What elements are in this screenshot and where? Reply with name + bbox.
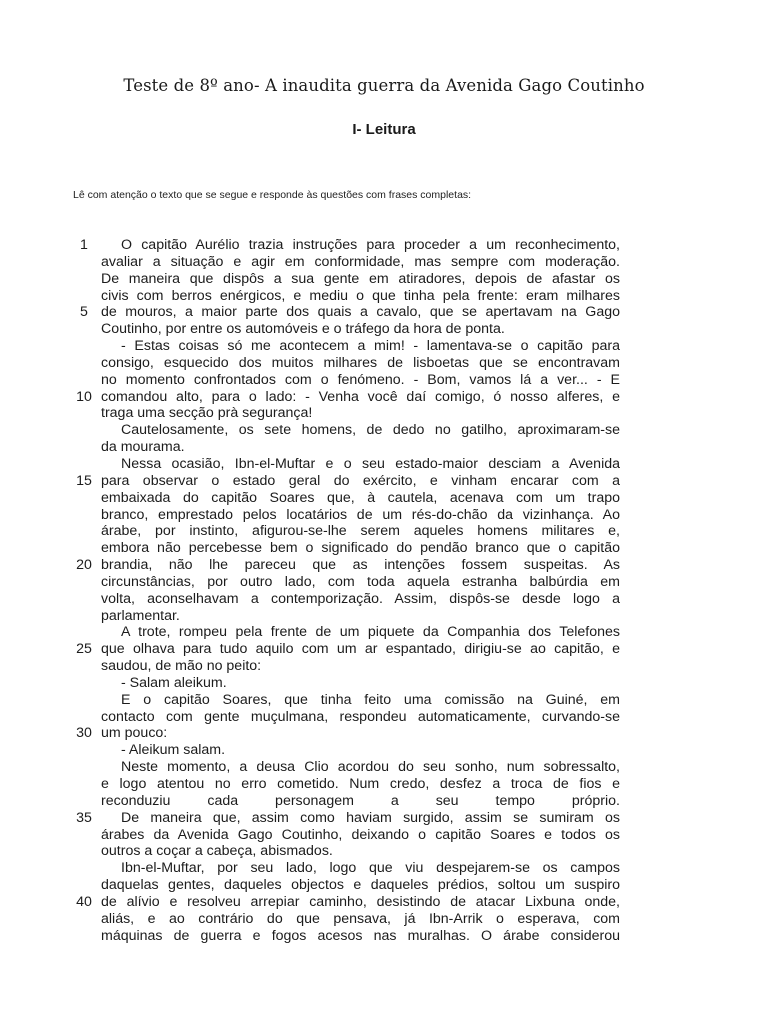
line-text: embora não percebesse bem o significado … [101, 540, 620, 557]
line-text: de alívio e resolveu arrepiar caminho, d… [101, 894, 620, 911]
passage-line: A trote, rompeu pela frente de um piquet… [0, 624, 768, 641]
passage-line: avaliar a situação e agir em conformidad… [0, 254, 768, 271]
line-text: Coutinho, por entre os automóveis e o tr… [101, 321, 620, 338]
passage-line: daquelas gentes, daqueles objectos e daq… [0, 877, 768, 894]
passage-line: civis com berros enérgicos, e mediu o qu… [0, 288, 768, 305]
passage-line: outros a coçar a cabeça, abismados. [0, 843, 768, 860]
passage-line: árabe, por instinto, afigurou-se-lhe ser… [0, 523, 768, 540]
passage-line: aliás, e ao contrário do que pensava, já… [0, 911, 768, 928]
line-text: De maneira que dispôs a sua gente em ati… [101, 271, 620, 288]
line-text: outros a coçar a cabeça, abismados. [101, 843, 620, 860]
passage-line: 35De maneira que, assim como haviam surg… [0, 810, 768, 827]
passage-line: Cautelosamente, os sete homens, de dedo … [0, 422, 768, 439]
line-text: que olhava para tudo aquilo com um ar es… [101, 641, 620, 658]
line-number: 25 [72, 641, 96, 658]
line-number: 20 [72, 557, 96, 574]
line-text: O capitão Aurélio trazia instruções para… [101, 237, 620, 254]
passage-line: parlamentar. [0, 608, 768, 625]
line-text: civis com berros enérgicos, e mediu o qu… [101, 288, 620, 305]
passage-line: saudou, de mão no peito: [0, 658, 768, 675]
reading-passage: 1O capitão Aurélio trazia instruções par… [0, 237, 768, 944]
line-text: árabe, por instinto, afigurou-se-lhe ser… [101, 523, 620, 540]
line-text: saudou, de mão no peito: [101, 658, 620, 675]
passage-line: reconduziu cada personagem a seu tempo p… [0, 793, 768, 810]
document-title: Teste de 8º ano- A inaudita guerra da Av… [0, 76, 768, 95]
line-text: volta, aconselhavam a contemporização. A… [101, 591, 620, 608]
line-text: aliás, e ao contrário do que pensava, já… [101, 911, 620, 928]
passage-line: 25que olhava para tudo aquilo com um ar … [0, 641, 768, 658]
line-text: De maneira que, assim como haviam surgid… [101, 810, 620, 827]
line-text: da mourama. [101, 439, 620, 456]
passage-line: E o capitão Soares, que tinha feito uma … [0, 692, 768, 709]
line-text: A trote, rompeu pela frente de um piquet… [101, 624, 620, 641]
line-number: 35 [72, 810, 96, 827]
line-text: de mouros, a maior parte dos quais a cav… [101, 304, 620, 321]
line-text: um pouco: [101, 725, 620, 742]
passage-line: 5de mouros, a maior parte dos quais a ca… [0, 304, 768, 321]
line-text: para observar o estado geral do exército… [101, 473, 620, 490]
passage-line: circunstâncias, por outro lado, com toda… [0, 574, 768, 591]
line-text: máquinas de guerra e fogos acesos nas mu… [101, 928, 620, 945]
passage-line: De maneira que dispôs a sua gente em ati… [0, 271, 768, 288]
line-text: - Salam aleikum. [101, 675, 620, 692]
line-text: - Estas coisas só me acontecem a mim! - … [101, 338, 620, 355]
passage-line: 40de alívio e resolveu arrepiar caminho,… [0, 894, 768, 911]
line-text: daquelas gentes, daqueles objectos e daq… [101, 877, 620, 894]
passage-line: 30um pouco: [0, 725, 768, 742]
line-number: 1 [72, 237, 96, 254]
line-text: parlamentar. [101, 608, 620, 625]
passage-line: Nessa ocasião, Ibn-el-Muftar e o seu est… [0, 456, 768, 473]
passage-line: embora não percebesse bem o significado … [0, 540, 768, 557]
line-text: consigo, esquecido dos muitos milhares d… [101, 355, 620, 372]
line-text: embaixada do capitão Soares que, à caute… [101, 490, 620, 507]
passage-line: - Estas coisas só me acontecem a mim! - … [0, 338, 768, 355]
line-text: - Aleikum salam. [101, 742, 620, 759]
passage-line: 20brandia, não lhe pareceu que as intenç… [0, 557, 768, 574]
line-text: Neste momento, a deusa Clio acordou do s… [101, 759, 620, 776]
passage-line: - Salam aleikum. [0, 675, 768, 692]
line-number: 10 [72, 389, 96, 406]
line-text: reconduziu cada personagem a seu tempo p… [101, 793, 620, 810]
instructions-text: Lê com atenção o texto que se segue e re… [73, 189, 471, 201]
line-text: contacto com gente muçulmana, respondeu … [101, 709, 620, 726]
line-number: 5 [72, 304, 96, 321]
line-text: branco, emprestado pelos locatários de u… [101, 507, 620, 524]
passage-line: no momento confrontados com o fenómeno. … [0, 372, 768, 389]
line-text: Cautelosamente, os sete homens, de dedo … [101, 422, 620, 439]
passage-line: 10comandou alto, para o lado: - Venha vo… [0, 389, 768, 406]
passage-line: 15para observar o estado geral do exérci… [0, 473, 768, 490]
line-number: 15 [72, 473, 96, 490]
line-text: traga uma secção prà segurança! [101, 405, 620, 422]
line-number: 40 [72, 894, 96, 911]
line-text: Ibn-el-Muftar, por seu lado, logo que vi… [101, 860, 620, 877]
passage-line: Ibn-el-Muftar, por seu lado, logo que vi… [0, 860, 768, 877]
passage-line: volta, aconselhavam a contemporização. A… [0, 591, 768, 608]
passage-line: - Aleikum salam. [0, 742, 768, 759]
line-text: comandou alto, para o lado: - Venha você… [101, 389, 620, 406]
line-text: Nessa ocasião, Ibn-el-Muftar e o seu est… [101, 456, 620, 473]
passage-line: 1O capitão Aurélio trazia instruções par… [0, 237, 768, 254]
line-text: brandia, não lhe pareceu que as intençõe… [101, 557, 620, 574]
passage-line: traga uma secção prà segurança! [0, 405, 768, 422]
passage-line: Coutinho, por entre os automóveis e o tr… [0, 321, 768, 338]
passage-line: consigo, esquecido dos muitos milhares d… [0, 355, 768, 372]
line-text: E o capitão Soares, que tinha feito uma … [101, 692, 620, 709]
passage-line: máquinas de guerra e fogos acesos nas mu… [0, 928, 768, 945]
line-text: avaliar a situação e agir em conformidad… [101, 254, 620, 271]
passage-line: embaixada do capitão Soares que, à caute… [0, 490, 768, 507]
passage-line: Neste momento, a deusa Clio acordou do s… [0, 759, 768, 776]
line-text: árabes da Avenida Gago Coutinho, deixand… [101, 827, 620, 844]
passage-line: e logo atentou no erro cometido. Num cre… [0, 776, 768, 793]
line-number: 30 [72, 725, 96, 742]
passage-line: contacto com gente muçulmana, respondeu … [0, 709, 768, 726]
line-text: e logo atentou no erro cometido. Num cre… [101, 776, 620, 793]
line-text: circunstâncias, por outro lado, com toda… [101, 574, 620, 591]
line-text: no momento confrontados com o fenómeno. … [101, 372, 620, 389]
passage-line: da mourama. [0, 439, 768, 456]
passage-line: branco, emprestado pelos locatários de u… [0, 507, 768, 524]
section-heading: I- Leitura [0, 121, 768, 138]
passage-line: árabes da Avenida Gago Coutinho, deixand… [0, 827, 768, 844]
